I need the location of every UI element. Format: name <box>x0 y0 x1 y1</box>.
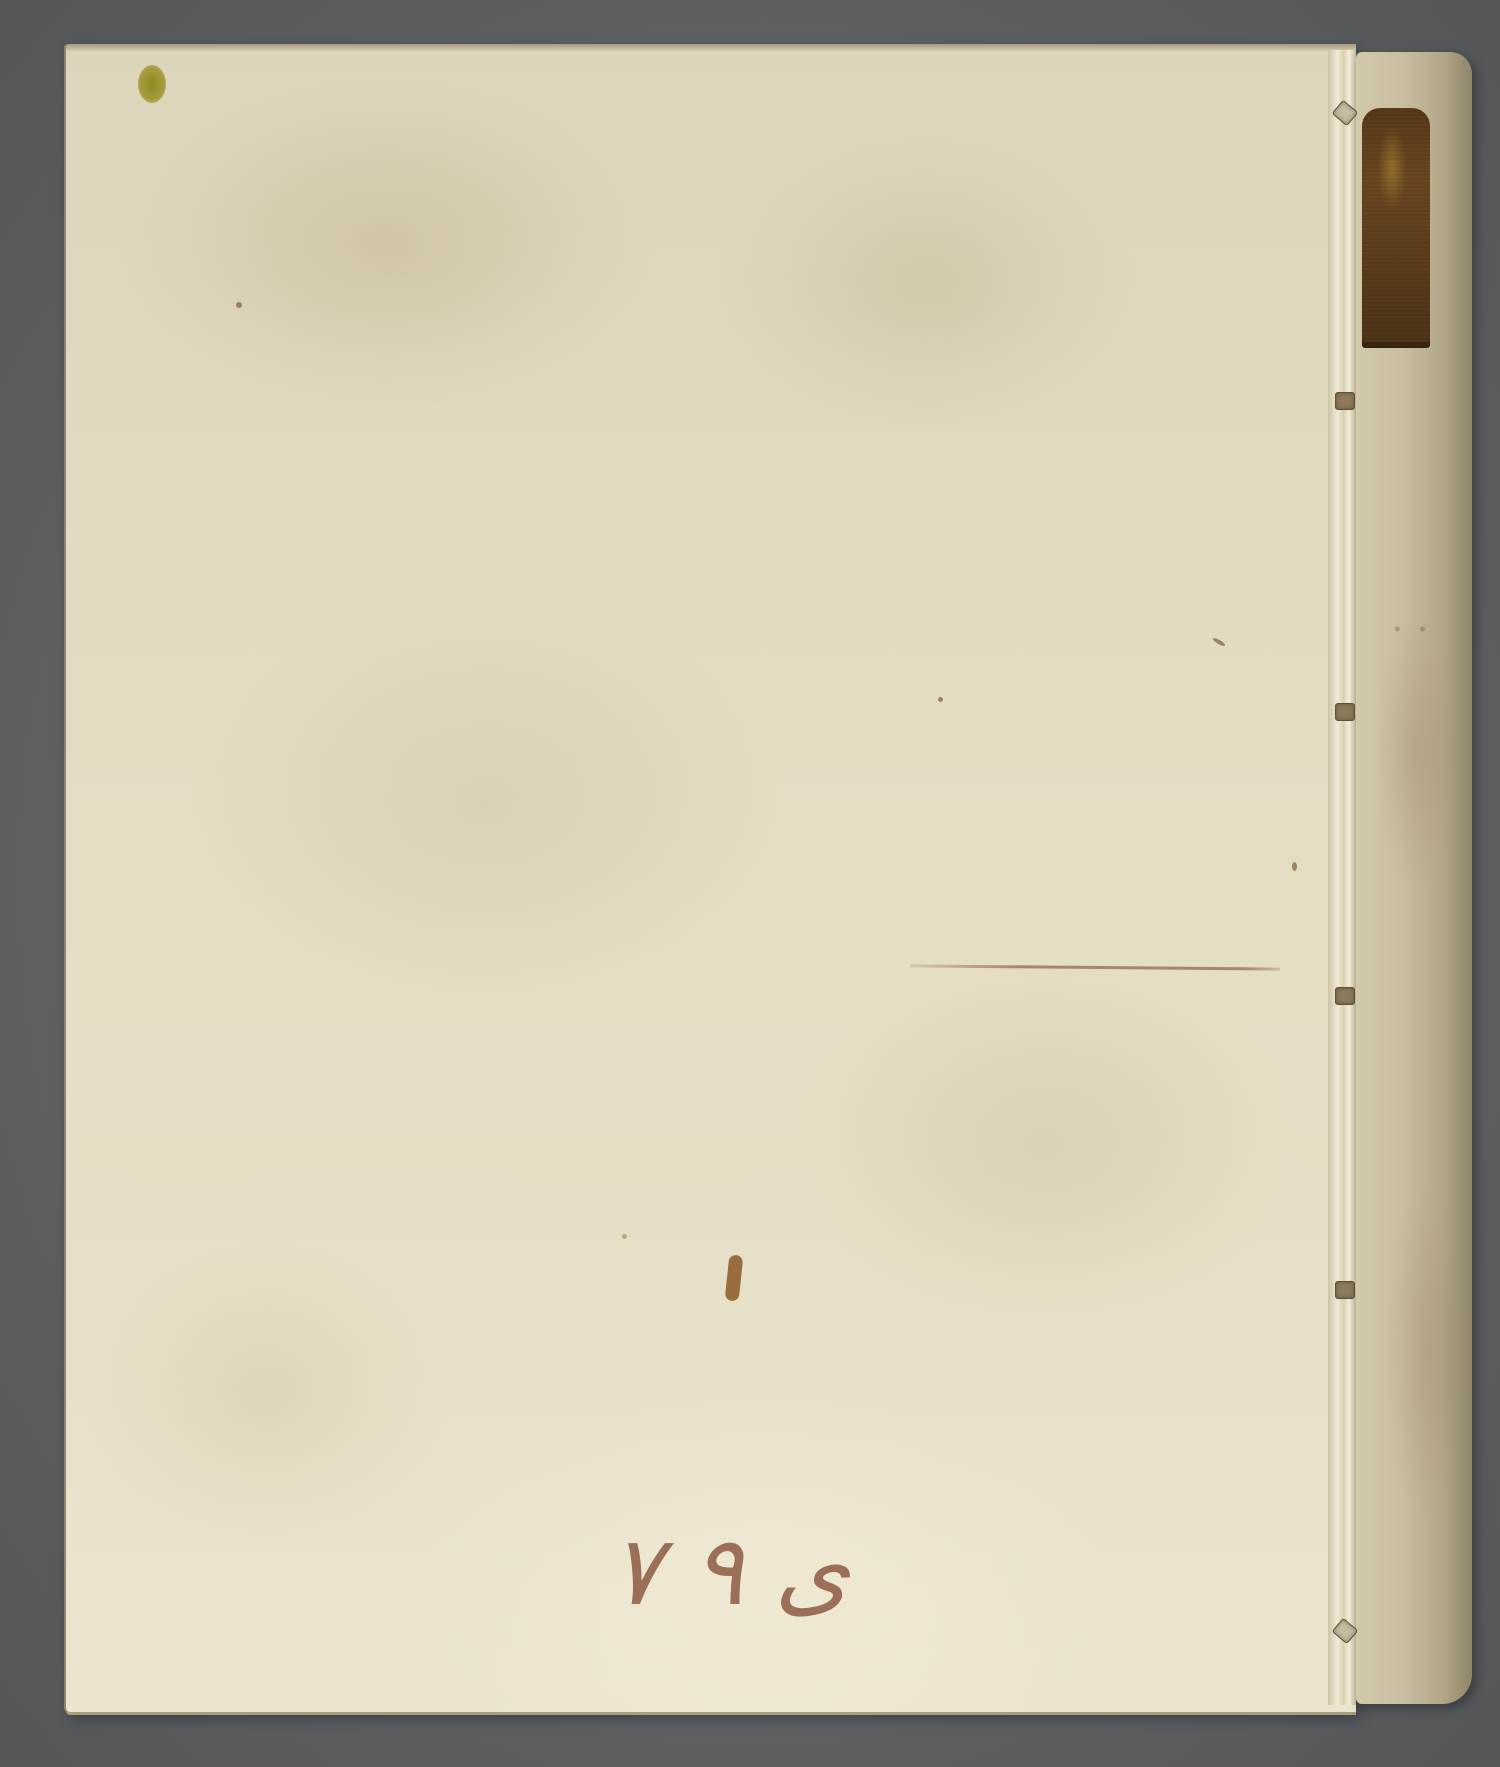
sewing-tab <box>1335 1281 1355 1299</box>
handwritten-marks: ی ۹ ۷ <box>610 1515 1030 1675</box>
sewing-tab <box>1335 703 1355 721</box>
spine-leather-label <box>1362 108 1430 348</box>
spine-joint <box>1328 50 1356 1705</box>
book-photo: · · ی ۹ ۷ <box>0 0 1500 1767</box>
spot-stain <box>622 1234 627 1239</box>
spot-stain <box>1292 862 1297 871</box>
vellum-back-cover <box>66 44 1356 1712</box>
sewing-tab <box>1335 392 1355 410</box>
spot-stain <box>938 697 943 702</box>
green-stain <box>138 65 166 103</box>
spot-stain <box>236 302 242 308</box>
spine-faint-lettering: · · <box>1380 570 1440 830</box>
sewing-tab <box>1335 987 1355 1005</box>
